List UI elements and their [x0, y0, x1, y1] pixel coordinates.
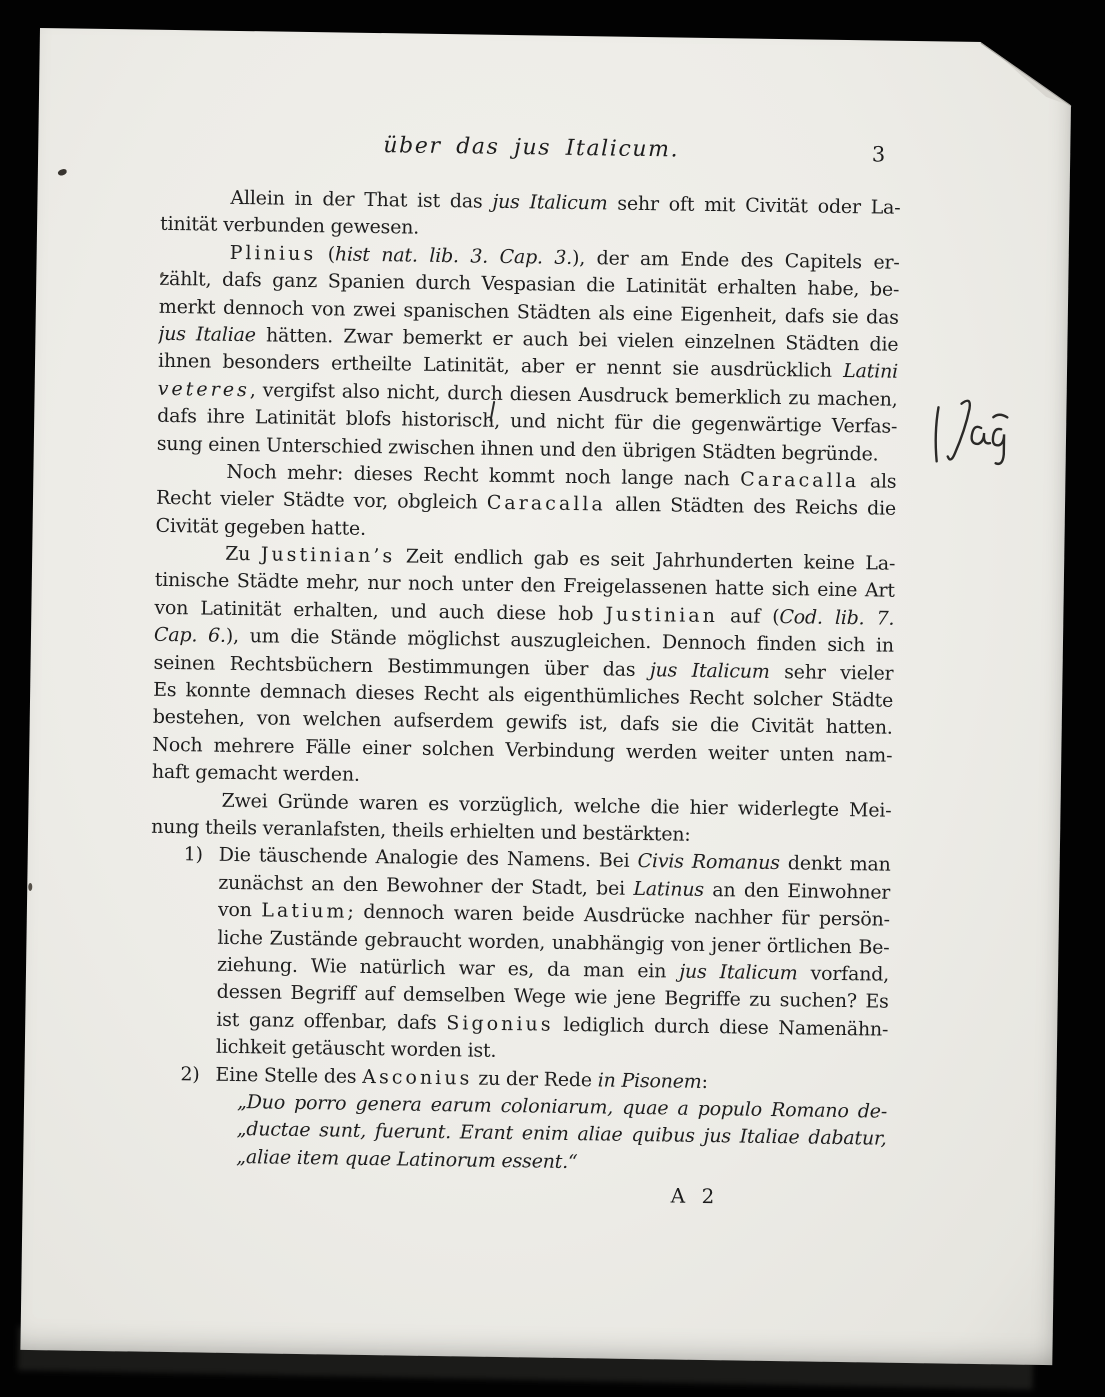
signature-mark: A 2 [671, 1183, 720, 1208]
paragraph: Plinius (hist nat. lib. 3. Cap. 3.), der… [157, 239, 900, 469]
page-title: über das jus Italicum. [161, 130, 901, 166]
paper-sheet: über das jus Italicum. 3 Allein in der T… [20, 28, 1071, 1365]
paragraph: Zu Justinian’s Zeit endlich gab es seit … [152, 540, 896, 797]
page-number: 3 [872, 142, 886, 166]
block-quote: „Duo porro genera earum coloniarum, quae… [146, 1088, 887, 1181]
list-item-number: 2) [180, 1061, 200, 1089]
handwritten-note-icon [926, 391, 1019, 474]
ink-speck [28, 883, 32, 891]
text-block: Allein in der That ist das jus Italicum … [146, 184, 901, 1181]
list-item-number: 1) [184, 842, 204, 870]
ink-speck [57, 168, 67, 176]
scanned-book-page: über das jus Italicum. 3 Allein in der T… [0, 0, 1105, 1397]
corner-fold [956, 41, 1073, 119]
list-item: 1)Die täuschende Analogie des Namens. Be… [148, 841, 891, 1071]
paragraph: Noch mehr: dieses Recht kommt noch lange… [155, 458, 896, 551]
running-head: über das jus Italicum. 3 [161, 130, 901, 171]
